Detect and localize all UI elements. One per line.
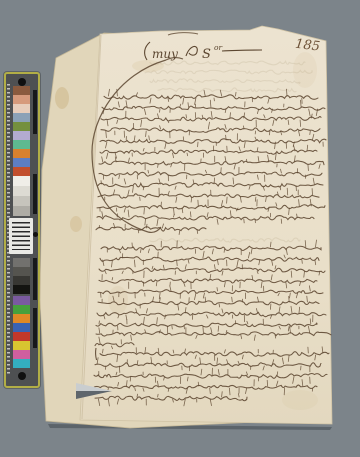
manuscript-page: muy S or 185 xyxy=(0,0,360,457)
stain xyxy=(70,216,82,232)
stain xyxy=(108,286,128,314)
folio-number: 185 xyxy=(294,37,320,55)
heading-word: muy xyxy=(152,47,178,61)
heading-letter: S xyxy=(202,47,211,62)
stain xyxy=(282,390,318,410)
stain xyxy=(55,87,69,109)
heading-superscript: or xyxy=(214,43,223,52)
photograph-of-manuscript: muy S or 185 xyxy=(0,0,360,457)
